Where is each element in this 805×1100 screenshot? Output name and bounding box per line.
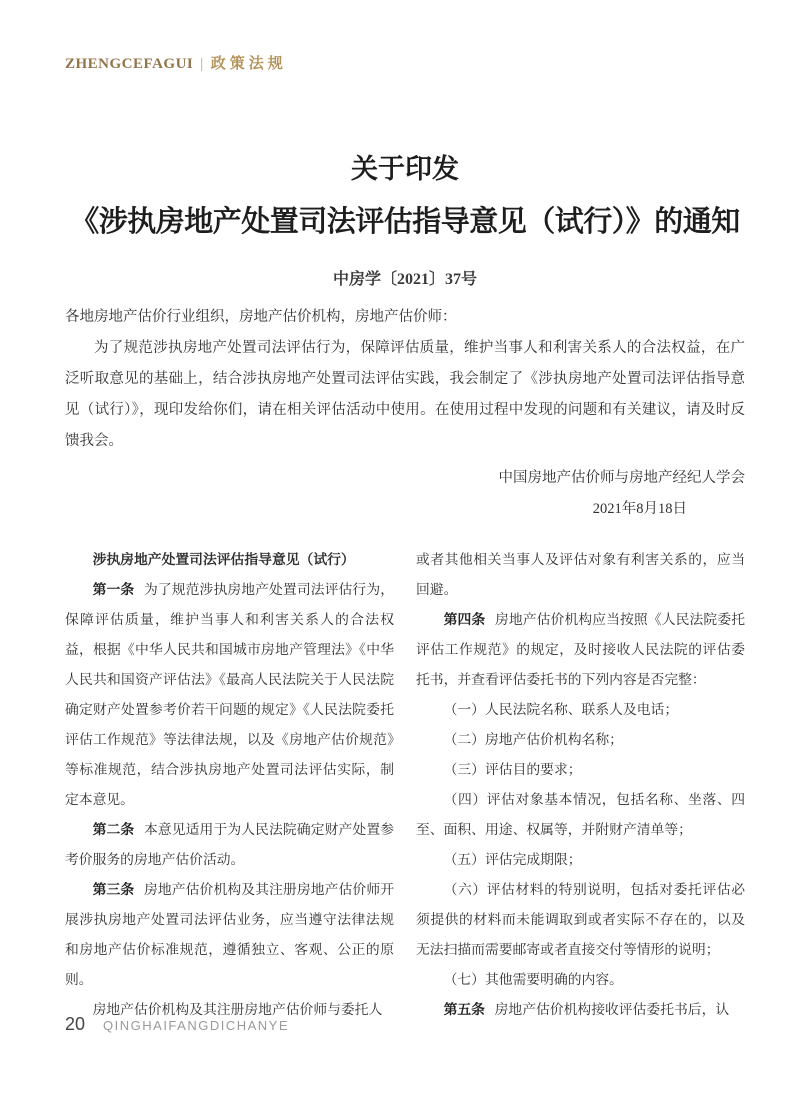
salutation: 各地房地产估价行业组织，房地产估价机构，房地产估价师： xyxy=(65,302,745,333)
signature-block: 中国房地产估价师与房地产经纪人学会 2021年8月18日 xyxy=(65,463,745,525)
article-5-text: 房地产估价机构接收评估委托书后，认 xyxy=(495,1002,730,1017)
list-item-7: （七）其他需要明确的内容。 xyxy=(416,965,745,995)
signature-organization: 中国房地产估价师与房地产经纪人学会 xyxy=(65,463,745,494)
magazine-page: ZHENGCEFAGUI|政策法规 关于印发 《涉执房地产处置司法评估指导意见（… xyxy=(0,0,805,1100)
kicker-separator: | xyxy=(200,56,204,72)
article-2: 第二条本意见适用于为人民法院确定财产处置参考价服务的房地产估价活动。 xyxy=(65,815,394,875)
list-item-2: （二）房地产估价机构名称； xyxy=(416,725,745,755)
article-4-number: 第四条 xyxy=(444,612,486,627)
page-footer: 20 QINGHAIFANGDICHANYE xyxy=(65,1014,289,1035)
column-left: 涉执房地产处置司法评估指导意见（试行） 第一条为了规范涉执房地产处置司法评估行为… xyxy=(65,545,394,1025)
article-1-number: 第一条 xyxy=(93,582,135,597)
list-item-5: （五）评估完成期限； xyxy=(416,845,745,875)
list-item-6: （六）评估材料的特别说明，包括对委托评估必须提供的材料而未能调取到或者实际不存在… xyxy=(416,875,745,965)
article-3-number: 第三条 xyxy=(93,882,135,897)
article-4: 第四条房地产估价机构应当按照《人民法院委托评估工作规范》的规定，及时接收人民法院… xyxy=(416,605,745,695)
section-kicker: ZHENGCEFAGUI|政策法规 xyxy=(65,52,745,73)
two-column-body: 涉执房地产处置司法评估指导意见（试行） 第一条为了规范涉执房地产处置司法评估行为… xyxy=(65,545,745,1025)
kicker-chinese: 政策法规 xyxy=(211,56,287,72)
article-1: 第一条为了规范涉执房地产处置司法评估行为，保障评估质量，维护当事人和利害关系人的… xyxy=(65,575,394,815)
title-block: 关于印发 《涉执房地产处置司法评估指导意见（试行）》的通知 xyxy=(65,147,745,240)
article-5: 第五条房地产估价机构接收评估委托书后，认 xyxy=(416,995,745,1025)
article-3-text: 房地产估价机构及其注册房地产估价师开展涉执房地产处置司法评估业务，应当遵守法律法… xyxy=(65,882,394,987)
guideline-heading: 涉执房地产处置司法评估指导意见（试行） xyxy=(65,545,394,575)
journal-name: QINGHAIFANGDICHANYE xyxy=(103,1018,289,1033)
list-item-3: （三）评估目的要求； xyxy=(416,755,745,785)
intro-paragraph: 为了规范涉执房地产处置司法评估行为，保障评估质量，维护当事人和利害关系人的合法权… xyxy=(65,333,745,457)
article-5-number: 第五条 xyxy=(444,1002,485,1017)
article-3: 第三条房地产估价机构及其注册房地产估价师开展涉执房地产处置司法评估业务，应当遵守… xyxy=(65,875,394,995)
title-prefix: 关于印发 xyxy=(65,147,745,186)
article-3-continuation: 或者其他相关当事人及评估对象有利害关系的，应当回避。 xyxy=(416,545,745,605)
kicker-latin: ZHENGCEFAGUI xyxy=(65,56,193,72)
list-item-4: （四）评估对象基本情况，包括名称、坐落、四至、面积、用途、权属等，并附财产清单等… xyxy=(416,785,745,845)
column-right: 或者其他相关当事人及评估对象有利害关系的，应当回避。 第四条房地产估价机构应当按… xyxy=(416,545,745,1025)
intro-section: 各地房地产估价行业组织，房地产估价机构，房地产估价师： 为了规范涉执房地产处置司… xyxy=(65,302,745,457)
list-item-1: （一）人民法院名称、联系人及电话； xyxy=(416,695,745,725)
article-2-number: 第二条 xyxy=(93,822,135,837)
document-number: 中房学〔2021〕37号 xyxy=(65,266,745,289)
page-number: 20 xyxy=(65,1014,85,1035)
signature-date: 2021年8月18日 xyxy=(65,494,745,525)
article-1-text: 为了规范涉执房地产处置司法评估行为，保障评估质量，维护当事人和利害关系人的合法权… xyxy=(65,582,394,807)
page-title: 《涉执房地产处置司法评估指导意见（试行）》的通知 xyxy=(65,199,745,240)
